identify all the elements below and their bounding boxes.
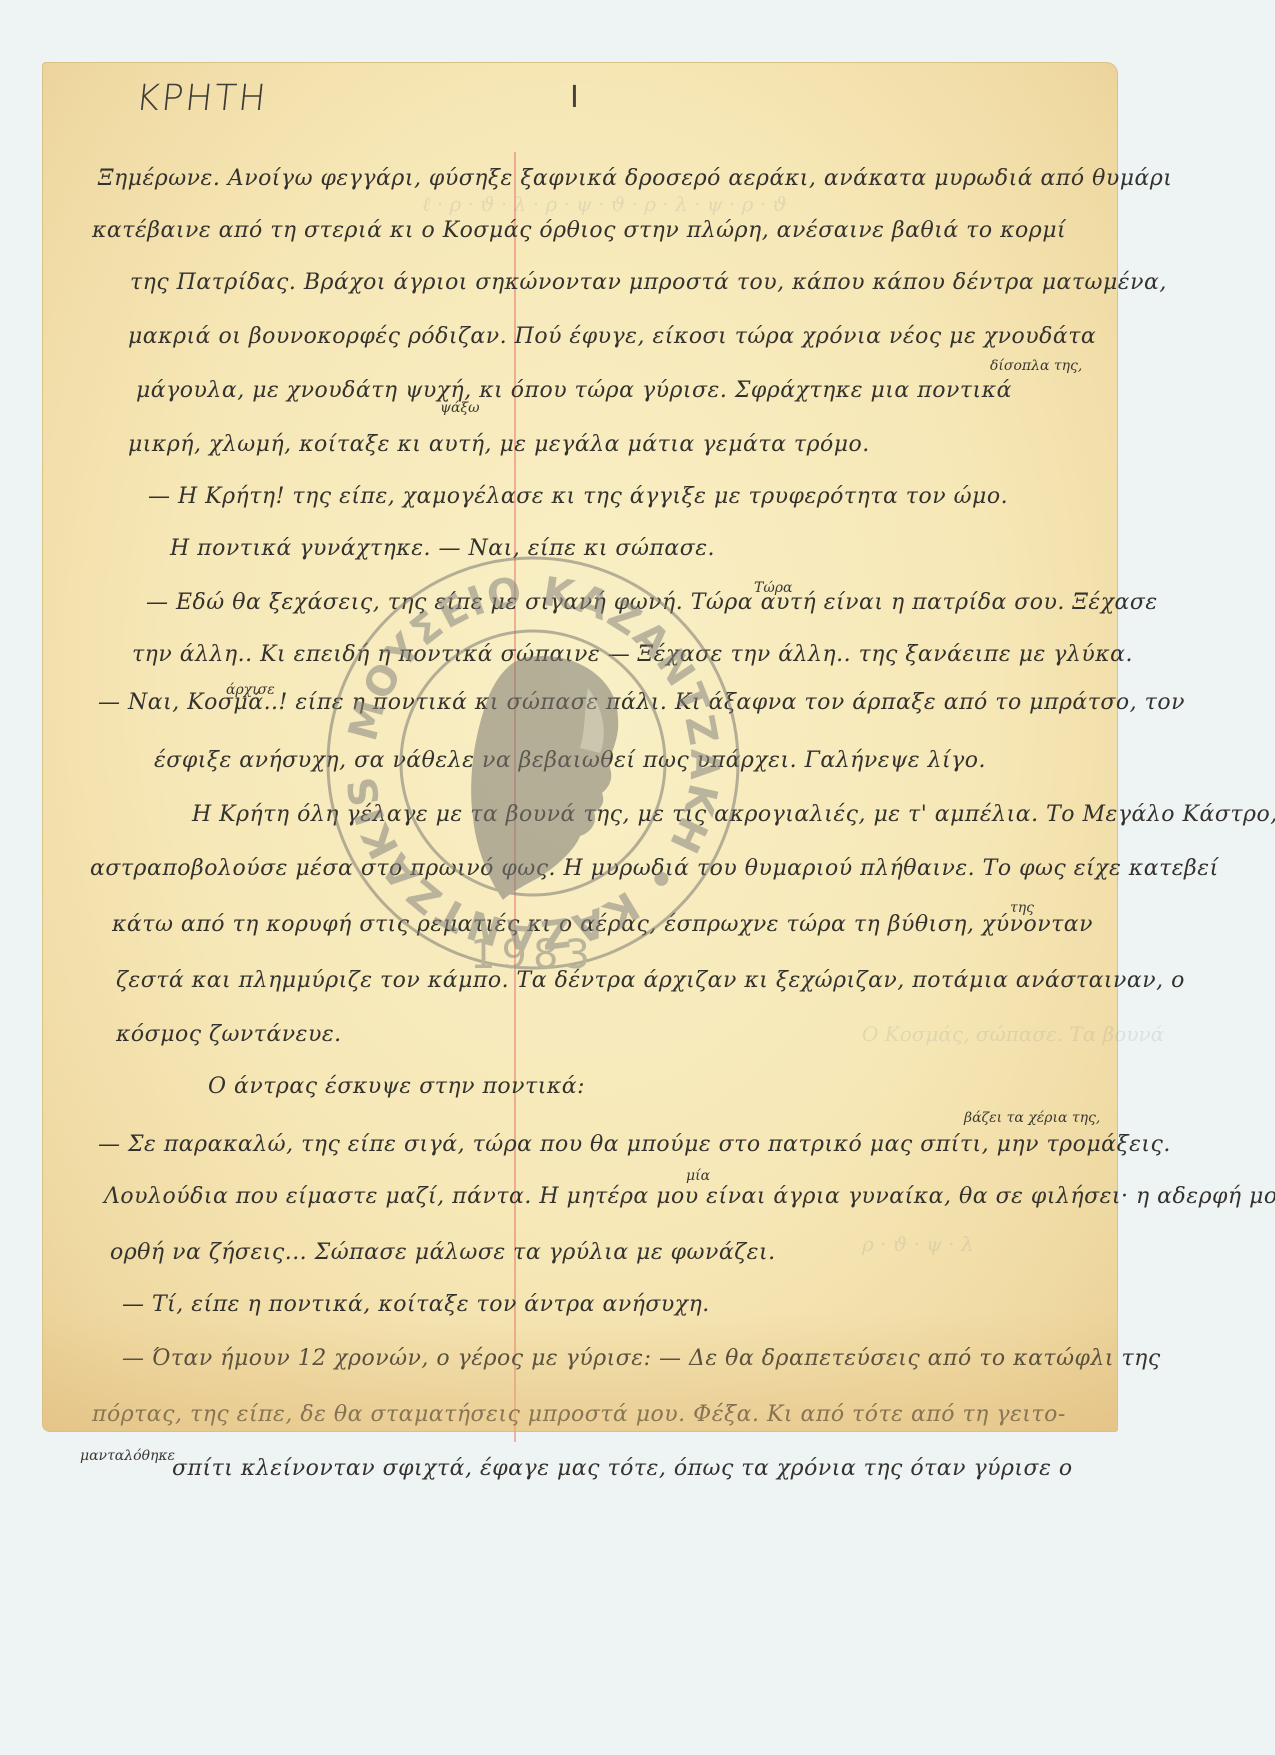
interlinear-note: δίσοπλα της, [990,358,1082,374]
interlinear-note: άρχισε [226,682,275,698]
museum-stamp-watermark: ΜΟΥΣΕΙΟ ΚΑΖΑΝΤΖΑΚΗ • KAZANTZAKISMUSEUM 1… [318,548,748,978]
manuscript-title: ΚΡΗΤΗ [134,78,270,119]
interlinear-note: ψάξω [440,400,480,416]
manuscript-line: — Όταν ήμουν 12 χρονών, ο γέρος με γύρισ… [122,1346,1161,1371]
bleed-through-text: Ο Κοσμάς, σώπασε. Τα βουνά [862,1022,1164,1046]
manuscript-line: — Η Κρήτη! της είπε, χαμογέλασε κι της ά… [148,484,1008,509]
manuscript-line: ορθή να ζήσεις... Σώπασε μάλωσε τα γρύλι… [110,1240,776,1265]
manuscript-line: Ξημέρωνε. Ανοίγω φεγγάρι, φύσηξε ξαφνικά… [98,166,1172,191]
interlinear-note: της [1010,900,1034,916]
interlinear-note: μανταλόθηκε [80,1448,175,1464]
manuscript-line: της Πατρίδας. Βράχοι άγριοι σηκώνονταν μ… [130,270,1167,295]
manuscript-line: Ο άντρας έσκυψε στην ποντικά: [208,1074,585,1099]
interlinear-note: βάζει τα χέρια της, [964,1110,1100,1126]
manuscript-line: πόρτας, της είπε, δε θα σταματήσεις μπρο… [92,1402,1066,1427]
manuscript-line: μικρή, χλωμή, κοίταξε κι αυτή, με μεγάλα… [128,432,870,457]
page-number: I [570,80,579,115]
manuscript-line: Λουλούδια που είμαστε μαζί, πάντα. Η μητ… [104,1184,1275,1209]
stamp-year: 1983 [470,932,596,978]
portrait-silhouette-icon [471,656,618,900]
bleed-through-text: ρ · ϑ · ψ · λ [862,1232,974,1256]
manuscript-line: μακριά οι βουνοκορφές ρόδιζαν. Πού έφυγε… [128,324,1096,349]
manuscript-line: — Σε παρακαλώ, της είπε σιγά, τώρα που θ… [98,1132,1171,1157]
manuscript-line: κόσμος ζωντάνευε. [116,1022,342,1047]
interlinear-note: μία [686,1168,710,1184]
bleed-through-text: ℓ · ρ · ϑ · λ · ρ · ψ · ϑ · ρ · λ · ψ · … [422,192,787,217]
manuscript-line: σπίτι κλείνονταν σφιχτά, έφαγε μας τότε,… [172,1456,1073,1481]
manuscript-line: — Τί, είπε η ποντικά, κοίταξε τον άντρα … [122,1292,710,1317]
manuscript-line: κατέβαινε από τη στεριά κι ο Κοσμάς όρθι… [92,218,1066,243]
interlinear-note: Τώρα [754,580,792,596]
manuscript-line: μάγουλα, με χνουδάτη ψυχή, κι όπου τώρα … [136,378,1012,403]
